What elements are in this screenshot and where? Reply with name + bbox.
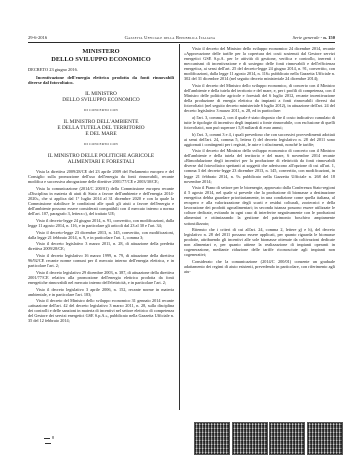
heading-line: DELLO SVILUPPO ECONOMICO (28, 97, 174, 103)
series-label: Serie generale (293, 35, 320, 40)
paragraph: Vista la direttiva 2009/28/CE del 23 apr… (28, 169, 174, 184)
paragraph: Visto il decreto-legge 24 giugno 2014, n… (28, 218, 174, 228)
column-divider (179, 44, 180, 410)
right-column: Visto il decreto del Ministro dello svil… (184, 46, 335, 276)
paragraph: Visto il decreto del Ministro dello svil… (184, 83, 335, 113)
header-rule (28, 42, 335, 43)
paragraph: Visto il decreto-legge 23 dicembre 2013,… (28, 230, 174, 240)
paragraph: Visto il decreto legislativo 3 aprile 20… (28, 287, 174, 297)
header-series: Serie generale - n. 150 (293, 35, 335, 40)
paragraph: Ritenuto che i criteri di cui all'art. 2… (184, 227, 335, 257)
barcode-icon (232, 422, 268, 455)
paragraph: Considerato che la comunicazione (2014/C… (184, 259, 335, 274)
paragraph: Visto il Piano di settore per le bioener… (184, 185, 335, 225)
paragraph: Visto il decreto legislativo 29 dicembre… (28, 270, 174, 285)
paragraph: Visto il decreto legislativo 3 marzo 201… (28, 241, 174, 251)
page-number: 8 (38, 435, 58, 445)
left-column: MINISTERO DELLO SVILUPPO ECONOMICO DECRE… (28, 46, 174, 325)
paragraph: a) l'art. 3, comma 2, con il quale è sta… (184, 115, 335, 130)
concerto-label: DI CONCERTO CON (28, 108, 174, 113)
ministry-title-line: MINISTERO (28, 48, 174, 56)
issue-number: - n. 150 (321, 35, 335, 40)
ministry-title: MINISTERO DELLO SVILUPPO ECONOMICO (28, 48, 174, 63)
barcode-icon (269, 422, 305, 455)
decree-date: DECRETO 23 giugno 2016. (28, 67, 174, 72)
minister-heading: IL MINISTRO DELLO SVILUPPO ECONOMICO (28, 91, 174, 103)
paragraph: b) l'art. 3, commi 3 e 4, i quali preved… (184, 132, 335, 147)
paragraph: Visto il decreto del Ministro dello svil… (184, 46, 335, 81)
page-header: 29-6-2016 Gazzetta Ufficiale della Repub… (28, 32, 335, 42)
paragraph: Visto il decreto del Ministro dello svil… (184, 148, 335, 183)
header-publication: Gazzetta Ufficiale della Repubblica Ital… (125, 35, 216, 40)
ambiente-heading: IL MINISTRO DELL'AMBIENTE E DELLA TUTELA… (28, 119, 174, 137)
agricole-heading: IL MINISTRO DELLE POLITICHE AGRICOLE ALI… (28, 153, 174, 165)
heading-line: ALIMENTARI E FORESTALI (28, 159, 174, 165)
barcode-icon (194, 422, 230, 455)
paragraph: Vista la comunicazione (2014/C 200/01) d… (28, 186, 174, 216)
barcode-strip (194, 422, 343, 455)
heading-line: E DEL MARE (28, 131, 174, 137)
gazette-page: 29-6-2016 Gazzetta Ufficiale della Repub… (0, 0, 360, 466)
decree-subject: Incentivazione dell'energia elettrica pr… (28, 75, 174, 85)
paragraph: Visto il decreto del Ministro dello svil… (28, 298, 174, 323)
ministry-title-line: DELLO SVILUPPO ECONOMICO (28, 56, 174, 64)
barcode-icon (307, 422, 343, 455)
concerto-label: DI CONCERTO CON (28, 142, 174, 147)
header-date: 29-6-2016 (28, 35, 47, 40)
paragraph: Visto il decreto legislativo 16 marzo 19… (28, 253, 174, 268)
